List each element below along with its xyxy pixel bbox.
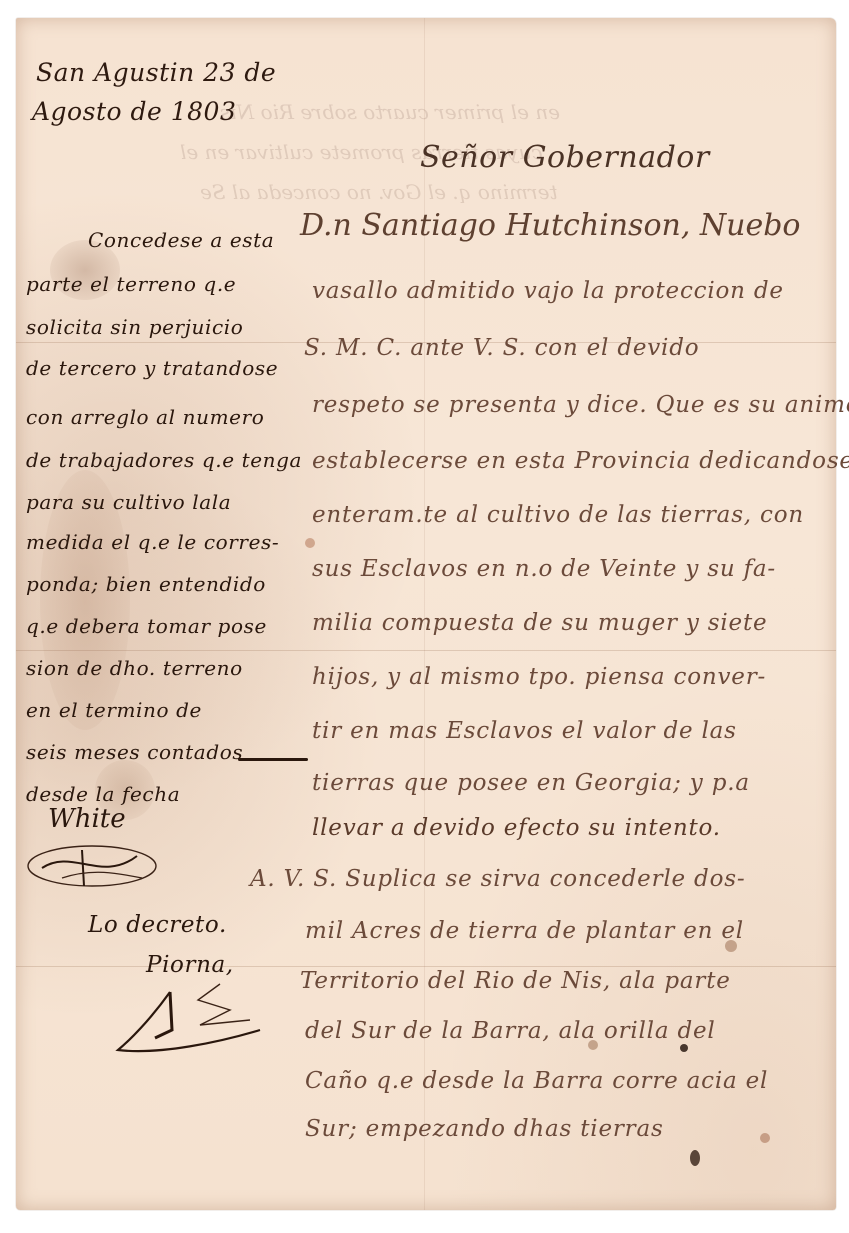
decree-line: de trabajadores q.e tenga — [26, 448, 302, 472]
dateline-place: San Agustin 23 de — [36, 58, 276, 87]
decree-line: sion de dho. terreno — [26, 656, 243, 680]
salutation: Señor Gobernador — [420, 140, 710, 175]
petition-line: A. V. S. Suplica se sirva concederle dos… — [250, 866, 745, 892]
petition-line: tir en mas Esclavos el valor de las — [312, 718, 737, 744]
petition-line: S. M. C. ante V. S. con el devido — [304, 335, 699, 361]
petition-line: tierras que posee en Georgia; y p.a — [312, 770, 750, 796]
rubric-flourish-icon — [110, 980, 270, 1060]
ink-spot — [760, 1133, 770, 1143]
petition-line: milia compuesta de su muger y siete — [312, 610, 767, 636]
petition-line: hijos, y al mismo tpo. piensa conver- — [312, 664, 766, 690]
petition-line: mil Acres de tierra de plantar en el — [305, 918, 744, 944]
decree-line: parte el terreno q.e — [26, 272, 236, 296]
decree-line: solicita sin perjuicio — [26, 315, 243, 339]
decree-note-signature: Piorna, — [146, 952, 234, 978]
decree-line: medida el q.e le corres- — [26, 530, 279, 554]
ink-spot — [690, 1150, 700, 1166]
petition-line: establecerse en esta Provincia dedicando… — [312, 448, 849, 474]
decree-line: q.e debera tomar pose — [26, 614, 267, 638]
bleed-through-text: termino q. el Gov. no conceda al Se — [200, 180, 558, 204]
ink-spot — [680, 1044, 688, 1052]
decree-line: con arreglo al numero — [26, 405, 264, 429]
paper-fold — [16, 650, 836, 651]
ink-spot — [305, 538, 315, 548]
decree-end-rule — [238, 758, 308, 761]
petition-line: sus Esclavos en n.o de Veinte y su fa- — [312, 556, 776, 582]
decree-note: Lo decreto. — [88, 912, 227, 938]
decree-line: para su cultivo lala — [26, 490, 231, 514]
decree-line: Concedese a esta — [88, 228, 274, 252]
bleed-through-text: en el primer cuarto sobre Rio Nis — [220, 100, 560, 124]
paper-fold — [16, 966, 836, 967]
petition-line: D.n Santiago Hutchinson, Nuebo — [300, 208, 801, 243]
petition-line: llevar a devido efecto su intento. — [312, 815, 721, 841]
petition-line: enteram.te al cultivo de las tierras, co… — [312, 502, 804, 528]
petition-line: Caño q.e desde la Barra corre acia el — [305, 1068, 768, 1094]
decree-line: de tercero y tratandose — [26, 356, 278, 380]
signature-white: White — [48, 804, 126, 834]
petition-line: Sur; empezando dhas tierras — [305, 1116, 664, 1142]
petition-line: del Sur de la Barra, ala orilla del — [305, 1018, 716, 1044]
decree-line: ponda; bien entendido — [26, 572, 266, 596]
decree-line: en el termino de — [26, 698, 202, 722]
signature-flourish-icon — [22, 838, 162, 898]
petition-line: respeto se presenta y dice. Que es su an… — [312, 392, 849, 418]
decree-line: seis meses contados — [26, 740, 243, 764]
decree-line: desde la fecha — [26, 782, 180, 806]
petition-line: Territorio del Rio de Nis, ala parte — [300, 968, 731, 994]
petition-line: vasallo admitido vajo la proteccion de — [312, 278, 784, 304]
dateline-date: Agosto de 1803 — [32, 97, 236, 126]
